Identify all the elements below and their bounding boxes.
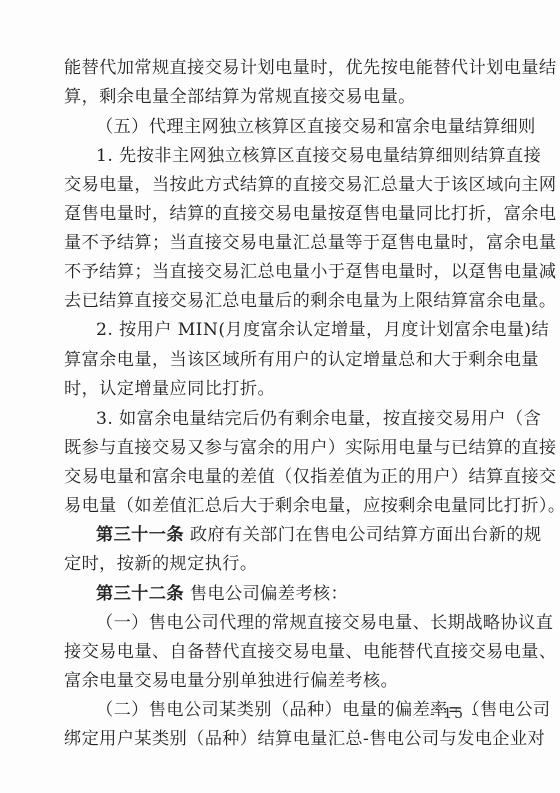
text-line: 不予结算；当直接交易汇总电量小于趸售电量时，以趸售电量减 (64, 262, 482, 282)
article-number: 第三十二条 (96, 584, 184, 604)
text-line: 既参与直接交易又参与富余的用户）实际用电量与已结算的直接 (64, 438, 482, 458)
text-line: 富余电量交易电量分别单独进行偏差考核。 (64, 671, 482, 691)
text-line: 易电量（如差值汇总后大于剩余电量，应按剩余电量同比打折）。 (64, 496, 482, 516)
document-page: 能替代加常规直接交易计划电量时，优先按电能替代计划电量结算，剩余电量全部结算为常… (0, 0, 560, 793)
text-line: 去已结算直接交易汇总电量后的剩余电量为上限结算富余电量。 (64, 291, 482, 311)
text-line: 定时，按新的规定执行。 (64, 554, 482, 574)
text-line: （二）售电公司某类别（品种）电量的偏差率=（售电公司 (96, 700, 482, 720)
text-line: （一）售电公司代理的常规直接交易电量、长期战略协议直 (96, 613, 482, 633)
text-line: 能替代加常规直接交易计划电量时，优先按电能替代计划电量结 (64, 58, 482, 78)
text-line: 第三十二条 售电公司偏差考核： (96, 584, 482, 604)
text-line: 接交易电量、自备替代直接交易电量、电能替代直接交易电量、 (64, 642, 482, 662)
text-line: 第三十一条 政府有关部门在售电公司结算方面出台新的规 (96, 525, 482, 545)
text-line: 算，剩余电量全部结算为常规直接交易电量。 (64, 87, 482, 107)
text-line: （五）代理主网独立核算区直接交易和富余电量结算细则 (96, 117, 482, 137)
text-line: 时，认定增量应同比打折。 (64, 379, 482, 399)
text-line: 2. 按用户 MIN(月度富余认定增量，月度计划富余电量)结 (96, 320, 482, 340)
text-line: 1. 先按非主网独立核算区直接交易电量结算细则结算直接 (96, 146, 482, 166)
article-number: 第三十一条 (96, 525, 184, 545)
text-line: 交易电量，当按此方式结算的直接交易汇总量大于该区域向主网 (64, 175, 482, 195)
text-line: 趸售电量时，结算的直接交易电量按趸售电量同比打折，富余电 (64, 204, 482, 224)
text-line: 交易电量和富余电量的差值（仅指差值为正的用户）结算直接交 (64, 467, 482, 487)
text-line: 3. 如富余电量结完后仍有剩余电量，按直接交易用户（含 (96, 409, 482, 429)
text-line: 算富余电量，当该区域所有用户的认定增量总和大于剩余电量 (64, 350, 482, 370)
text-line: 量不予结算；当直接交易电量汇总量等于趸售电量时，富余电量 (64, 233, 482, 253)
page-number: - 15 - (430, 706, 478, 722)
text-line: 绑定用户某类别（品种）结算电量汇总-售电公司与发电企业对 (64, 729, 482, 749)
